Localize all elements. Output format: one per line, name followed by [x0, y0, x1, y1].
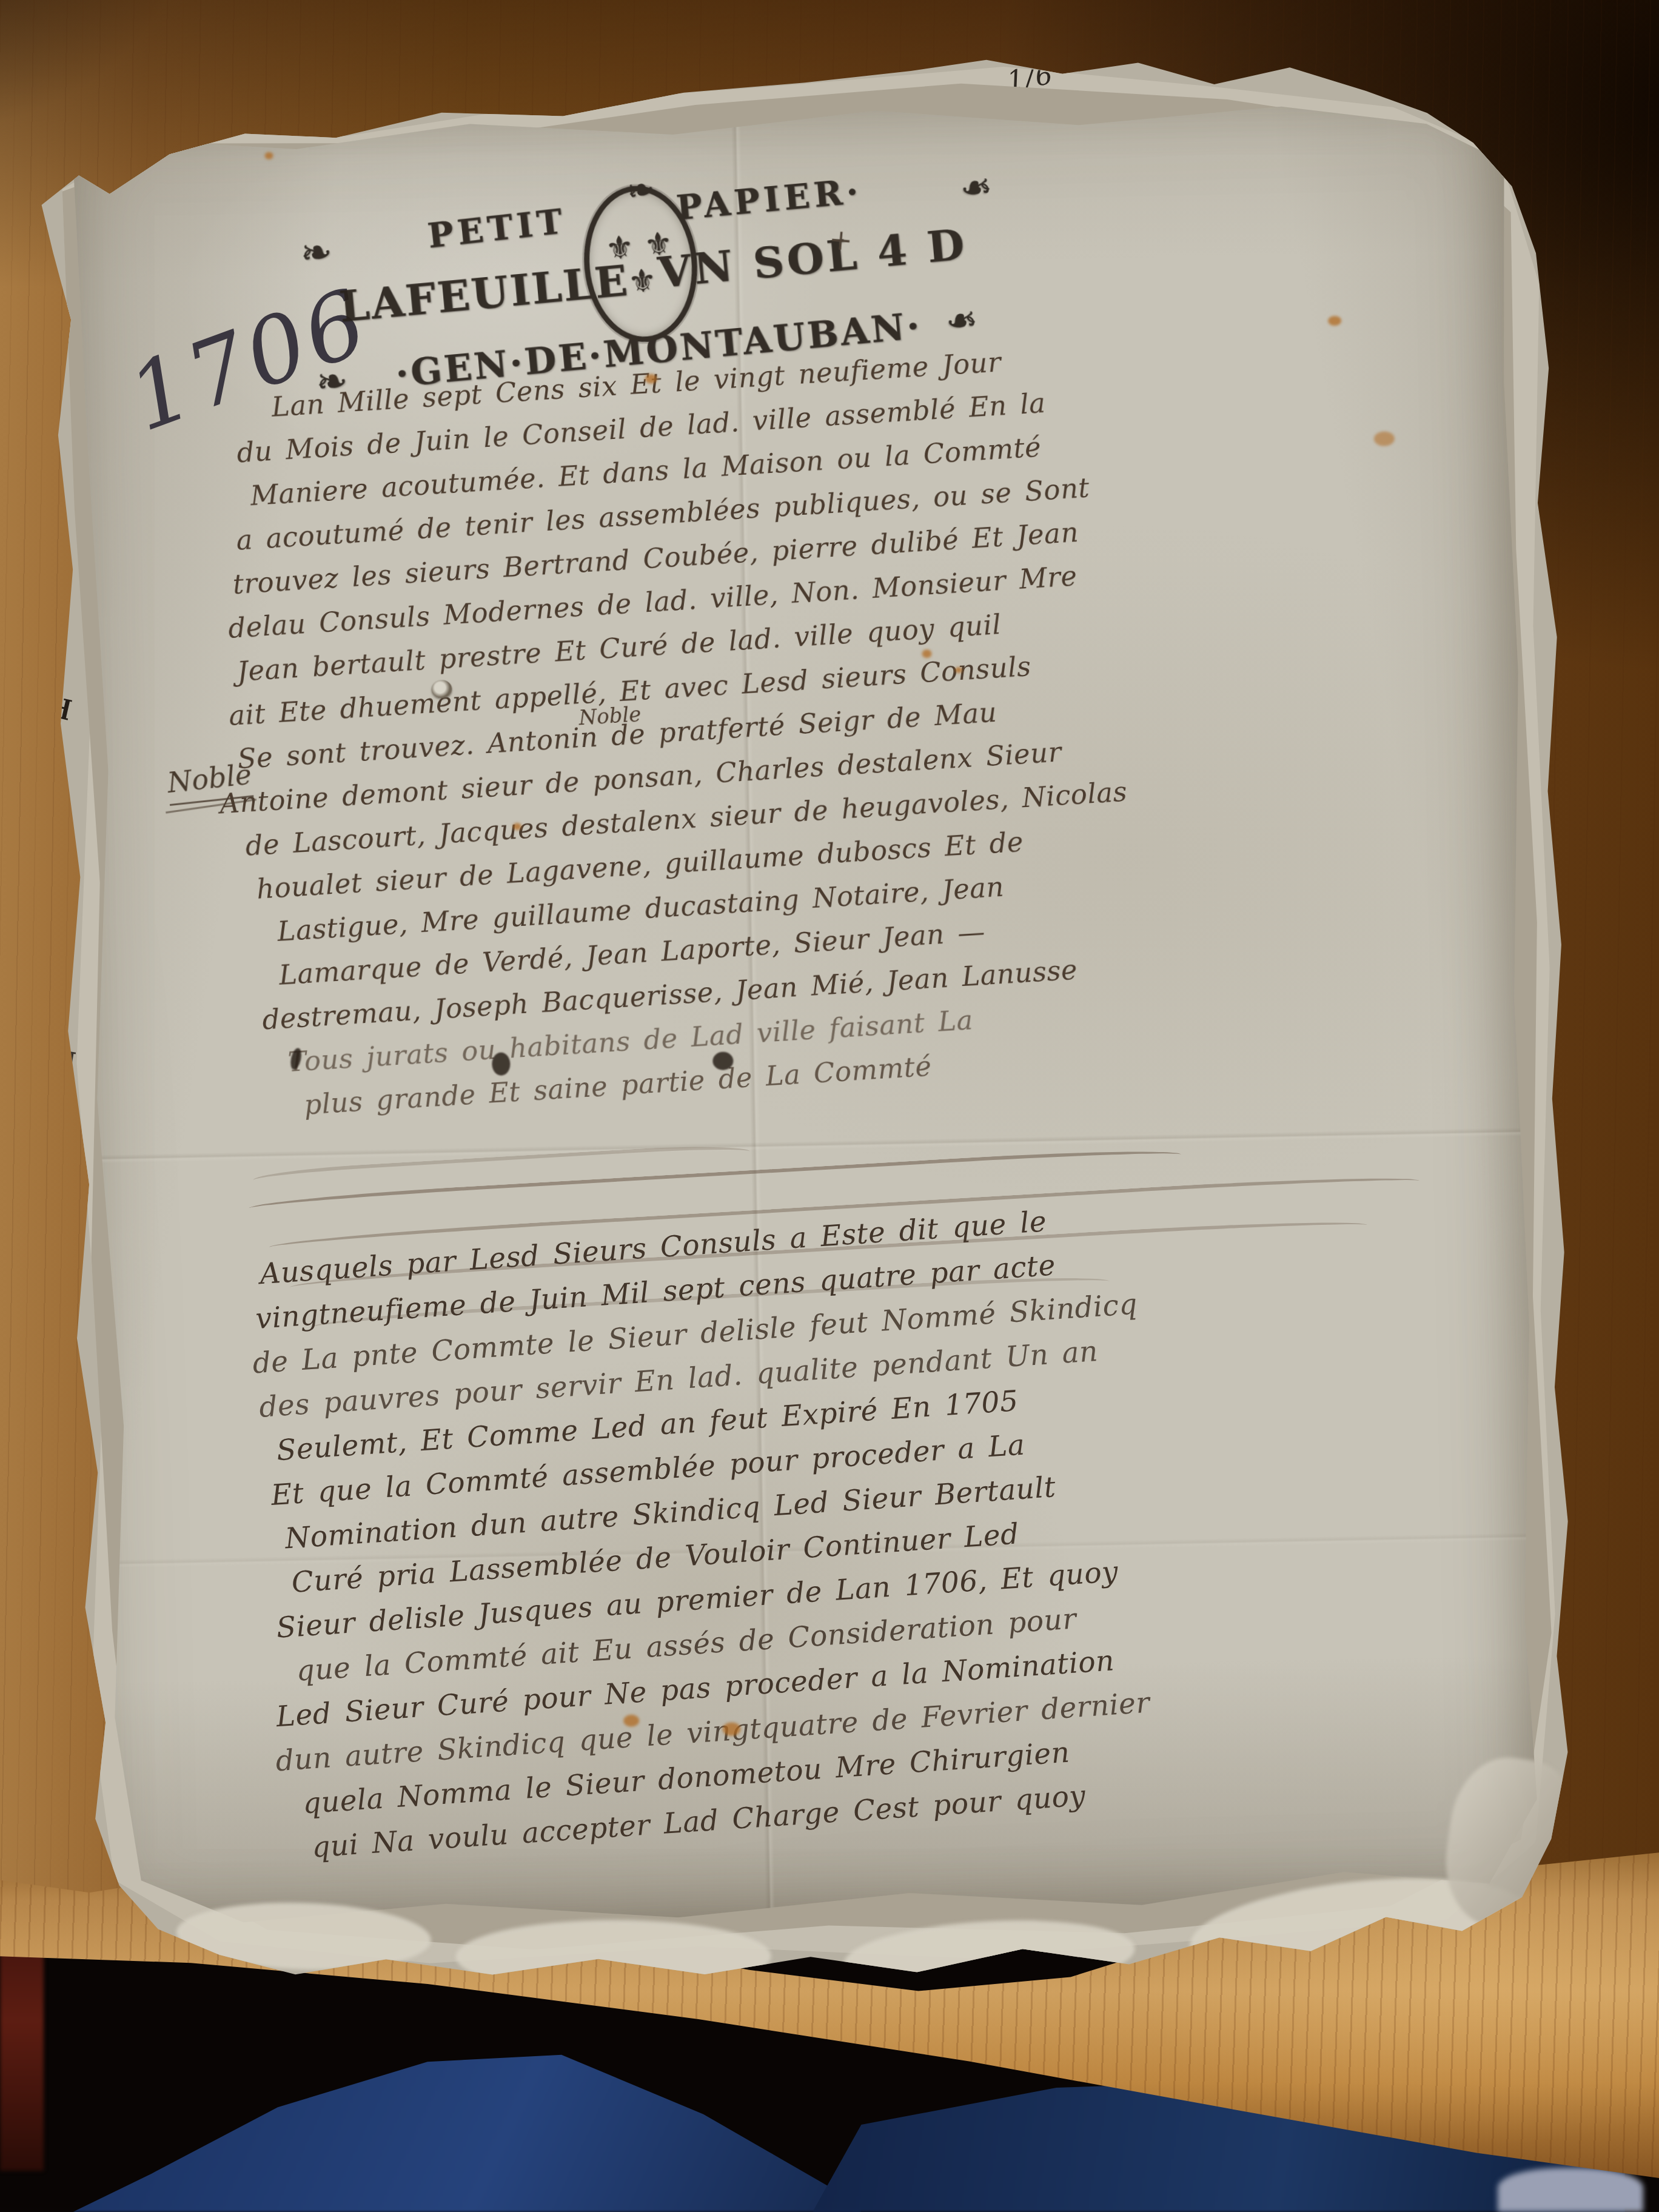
paragraph-2: Ausquels par Lesd Sieurs Consuls a Este …	[258, 1170, 1516, 1871]
stamp-word-petit: PETIT	[426, 201, 568, 256]
stamp-word-papier: PAPIER·	[675, 171, 864, 228]
small-cross-mark: +	[828, 223, 854, 257]
foxing-stain	[264, 152, 273, 159]
fleur-de-lis-icon: ⚜	[598, 229, 640, 268]
stamp-flourish-icon: ❧	[944, 297, 979, 344]
stamp-flourish-icon: ❧	[959, 164, 994, 210]
stamp-price-un-sol-4d: VN SOL 4 D	[655, 219, 969, 298]
photo-of-manuscript: 1/6 H H 1706 ❧ PETIT PAPIER· ❧ LAFEUILLE…	[0, 0, 1659, 2212]
horizontal-fold-crease	[84, 1127, 1533, 1164]
interline-insertion-noble: Noble	[578, 702, 642, 730]
light-patch-bottom-right	[1498, 2168, 1643, 2212]
paragraph-1: Lan Mille sept Cens six Et le vingt neuf…	[228, 313, 1478, 1129]
manuscript-page: 1706 ❧ PETIT PAPIER· ❧ LAFEUILLE VN SOL …	[64, 89, 1547, 1935]
fleur-de-lis-icon: ⚜	[637, 226, 679, 264]
stamp-flourish-icon: ❧	[298, 229, 333, 275]
paper-stack: 1/6 H H 1706 ❧ PETIT PAPIER· ❧ LAFEUILLE…	[32, 41, 1584, 1992]
